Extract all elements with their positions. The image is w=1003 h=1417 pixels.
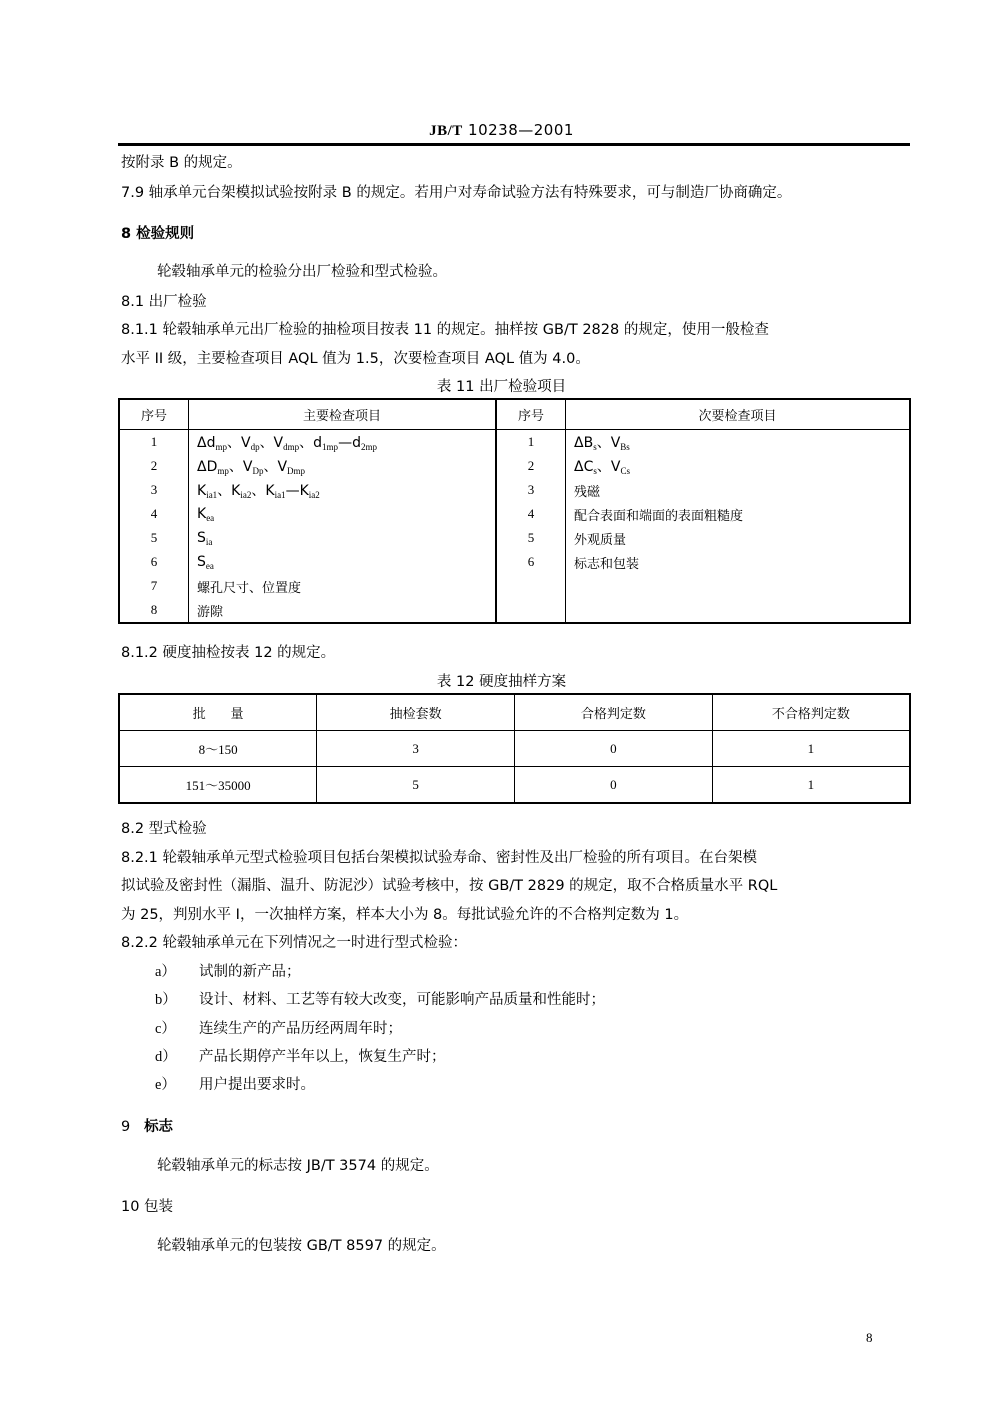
main-item-3: Kia1、Kia2、Kia1—Kia2 <box>189 478 497 502</box>
table-row: 2 ΔDmp、VDp、VDmp 2 ΔCs、VCs <box>119 454 910 478</box>
main-item-8: 游隙 <box>189 598 497 623</box>
col-accept-number: 合格判定数 <box>515 694 713 731</box>
table-12-caption: 表 12 硬度抽样方案 <box>0 672 1003 692</box>
cell-accept: 0 <box>515 767 713 804</box>
header-rule <box>118 143 910 146</box>
minor-item-6: 标志和包装 <box>566 550 911 574</box>
page-number: 8 <box>866 1330 873 1346</box>
list-text: 用户提出要求时。 <box>199 1077 315 1093</box>
row-no: 5 <box>496 526 566 550</box>
row-no: 4 <box>119 502 189 526</box>
list-marker: d） <box>155 1047 199 1067</box>
col-main-items: 主要检查项目 <box>189 399 497 430</box>
clause-8-2-1-line1: 8.2.1 轮毂轴承单元型式检验项目包括台架模拟试验寿命、密封性及出厂检验的所有… <box>121 848 757 868</box>
row-no: 8 <box>119 598 189 623</box>
minor-item-empty <box>566 598 911 623</box>
row-no: 1 <box>119 430 189 455</box>
cell-reject: 1 <box>712 731 910 767</box>
table-row: 5 Sia 5 外观质量 <box>119 526 910 550</box>
cell-batch: 8～150 <box>119 731 317 767</box>
table-row: 1 Δdmp、Vdp、Vdmp、d1mp—d2mp 1 ΔBs、VBs <box>119 430 910 455</box>
list-text: 试制的新产品； <box>199 964 301 980</box>
standard-number: 10238—2001 <box>468 121 574 139</box>
cell-batch: 151～35000 <box>119 767 317 804</box>
list-marker: c） <box>155 1019 199 1039</box>
list-marker: b） <box>155 990 199 1010</box>
list-item-b: b）设计、材料、工艺等有较大改变，可能影响产品质量和性能时； <box>155 990 605 1010</box>
col-reject-number: 不合格判定数 <box>712 694 910 731</box>
minor-item-5: 外观质量 <box>566 526 911 550</box>
table-row: 151～35000 5 0 1 <box>119 767 910 804</box>
clause-8-1-1-line2: 水平 II 级，主要检查项目 AQL 值为 1.5，次要检查项目 AQL 值为 … <box>121 349 590 369</box>
section-title: 标志 <box>144 1119 173 1135</box>
table-row: 8 游隙 <box>119 598 910 623</box>
list-item-c: c）连续生产的产品历经两周年时； <box>155 1019 402 1039</box>
table-row: 7 螺孔尺寸、位置度 <box>119 574 910 598</box>
section-8-2-heading: 8.2 型式检验 <box>121 819 207 839</box>
row-no: 2 <box>119 454 189 478</box>
standard-code: JB/T <box>429 123 463 139</box>
main-item-4: Kea <box>189 502 497 526</box>
col-no-main: 序号 <box>119 399 189 430</box>
list-text: 设计、材料、工艺等有较大改变，可能影响产品质量和性能时； <box>199 992 605 1008</box>
col-sample-count: 抽检套数 <box>317 694 515 731</box>
row-no: 2 <box>496 454 566 478</box>
table-12: 批 量 抽检套数 合格判定数 不合格判定数 8～150 3 0 1 151～35… <box>118 693 911 804</box>
table-header-row: 批 量 抽检套数 合格判定数 不合格判定数 <box>119 694 910 731</box>
minor-item-2: ΔCs、VCs <box>566 454 911 478</box>
list-item-a: a）试制的新产品； <box>155 962 301 982</box>
list-marker: e） <box>155 1075 199 1095</box>
minor-item-3: 残磁 <box>566 478 911 502</box>
col-no-minor: 序号 <box>496 399 566 430</box>
clause-8-1-2: 8.1.2 硬度抽检按表 12 的规定。 <box>121 643 335 663</box>
section-8-paragraph: 轮毂轴承单元的检验分出厂检验和型式检验。 <box>157 262 447 282</box>
section-number: 9 <box>121 1119 130 1135</box>
table-row: 4 Kea 4 配合表面和端面的表面粗糙度 <box>119 502 910 526</box>
col-batch-size: 批 量 <box>119 694 317 731</box>
section-8-1-heading: 8.1 出厂检验 <box>121 292 207 312</box>
list-marker: a） <box>155 962 199 982</box>
clause-7-9: 7.9 轴承单元台架模拟试验按附录 B 的规定。若用户对寿命试验方法有特殊要求，… <box>121 183 791 203</box>
section-10-paragraph: 轮毂轴承单元的包装按 GB/T 8597 的规定。 <box>157 1236 446 1256</box>
table-row: 8～150 3 0 1 <box>119 731 910 767</box>
row-no: 7 <box>119 574 189 598</box>
page-header: JB/T 10238—2001 <box>0 121 1003 140</box>
list-item-d: d）产品长期停产半年以上，恢复生产时； <box>155 1047 446 1067</box>
list-text: 连续生产的产品历经两周年时； <box>199 1021 402 1037</box>
row-no: 3 <box>119 478 189 502</box>
main-item-5: Sia <box>189 526 497 550</box>
row-no-empty <box>496 574 566 598</box>
clause-8-2-1-line3: 为 25，判别水平 I，一次抽样方案，样本大小为 8。每批试验允许的不合格判定数… <box>121 905 688 925</box>
main-item-6: Sea <box>189 550 497 574</box>
row-no: 4 <box>496 502 566 526</box>
col-minor-items: 次要检查项目 <box>566 399 911 430</box>
cell-samples: 3 <box>317 731 515 767</box>
section-8-heading: 8 检验规则 <box>121 224 194 244</box>
clause-8-2-2: 8.2.2 轮毂轴承单元在下列情况之一时进行型式检验： <box>121 933 467 953</box>
minor-item-empty <box>566 574 911 598</box>
row-no: 6 <box>119 550 189 574</box>
cell-reject: 1 <box>712 767 910 804</box>
clause-8-1-1-line1: 8.1.1 轮毂轴承单元出厂检验的抽检项目按表 11 的规定。抽样按 GB/T … <box>121 320 769 340</box>
table-row: 6 Sea 6 标志和包装 <box>119 550 910 574</box>
minor-item-4: 配合表面和端面的表面粗糙度 <box>566 502 911 526</box>
section-9-paragraph: 轮毂轴承单元的标志按 JB/T 3574 的规定。 <box>157 1156 439 1176</box>
cell-samples: 5 <box>317 767 515 804</box>
table-header-row: 序号 主要检查项目 序号 次要检查项目 <box>119 399 910 430</box>
section-10-heading: 10 包装 <box>121 1197 173 1217</box>
clause-8-2-1-line2: 拟试验及密封性（漏脂、温升、防泥沙）试验考核中，按 GB/T 2829 的规定，… <box>121 876 777 896</box>
row-no-empty <box>496 598 566 623</box>
row-no: 6 <box>496 550 566 574</box>
main-item-2: ΔDmp、VDp、VDmp <box>189 454 497 478</box>
row-no: 3 <box>496 478 566 502</box>
table-11-caption: 表 11 出厂检验项目 <box>0 377 1003 397</box>
main-item-1: Δdmp、Vdp、Vdmp、d1mp—d2mp <box>189 430 497 455</box>
minor-item-1: ΔBs、VBs <box>566 430 911 455</box>
main-item-7: 螺孔尺寸、位置度 <box>189 574 497 598</box>
table-row: 3 Kia1、Kia2、Kia1—Kia2 3 残磁 <box>119 478 910 502</box>
continued-paragraph: 按附录 B 的规定。 <box>121 153 242 173</box>
row-no: 1 <box>496 430 566 455</box>
row-no: 5 <box>119 526 189 550</box>
list-item-e: e）用户提出要求时。 <box>155 1075 315 1095</box>
list-text: 产品长期停产半年以上，恢复生产时； <box>199 1049 446 1065</box>
cell-accept: 0 <box>515 731 713 767</box>
section-9-heading: 9 标志 <box>121 1117 173 1137</box>
table-11: 序号 主要检查项目 序号 次要检查项目 1 Δdmp、Vdp、Vdmp、d1mp… <box>118 398 911 624</box>
